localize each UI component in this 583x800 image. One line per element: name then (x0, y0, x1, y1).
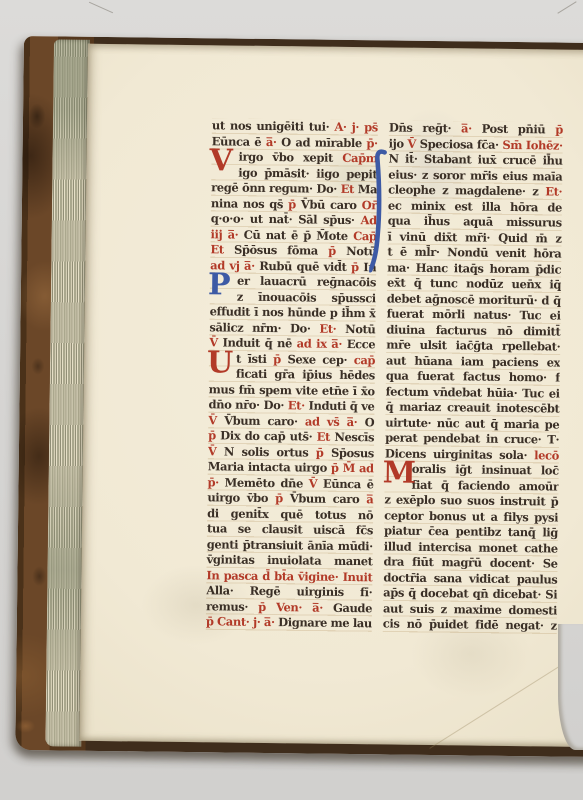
text-segment: effudit ī nos hūnde p ih̄m x̄ (210, 304, 376, 320)
page-corner-cutout (558, 624, 583, 750)
text-segment: Et· (288, 398, 309, 412)
text-segment: p̄ (208, 428, 220, 442)
text-segment: uirgo v̄bo (207, 490, 275, 505)
text-segment: cis nō p̄uidet fidē negat· z est (383, 616, 557, 634)
text-segment: V̄ (208, 413, 224, 427)
text-segment: A· j· ps̄ (334, 120, 378, 135)
text-segment: er lauacrū reḡnacōis (237, 274, 376, 290)
text-segment: uirtute· nūc aut q̄ maria pe (385, 415, 559, 431)
text-segment: z īnouacōis sp̄ussci quē (237, 289, 376, 306)
text-segment: a̅· (266, 134, 281, 148)
left-text-column: ut nos unigēiti tui· A· j· ps̄Eūnca ē a̅… (206, 118, 378, 633)
text-segment: Cū nat ē p̄ M̄ote (244, 227, 354, 242)
text-segment: fuerat mōrli natus· Tuc ei (387, 306, 561, 322)
text-segment: cap̄ (354, 353, 375, 367)
text-segment: qua ih̄us aquā missurus (388, 213, 562, 229)
text-segment: p̄ Cant· j· a̅· (206, 614, 279, 629)
text-segment: ex̄t q̄ tunc nodūz uen̄x iq̄ (387, 275, 561, 291)
backdrop-scratch (89, 2, 113, 13)
text-segment: N solis ortus (224, 444, 316, 459)
text-segment: Induti q̄ ve (308, 399, 374, 414)
text-segment: p̄ (328, 244, 346, 258)
text-segment: Et· (319, 321, 345, 335)
text-segment: sālicz nr̄m· Do· (209, 320, 319, 335)
text-segment: V̄bum caro (290, 491, 367, 506)
text-segment: O ad mīrable (281, 135, 366, 150)
text-segment: V̄ (407, 136, 419, 150)
text-segment: lecō (534, 448, 559, 462)
drop-cap-initial-M: M (382, 458, 410, 488)
text-segment: p̄ (555, 122, 563, 136)
text-segment: Dignare me lau (278, 615, 372, 630)
drop-cap-initial-V: V (209, 146, 237, 176)
text-segment: Rubū quē vid̄t (259, 258, 351, 273)
right-text-column: Dn̄s reḡt· a̅· Post pn̄iū p̄ Cantijo V̄ … (383, 120, 563, 635)
text-segment: ma· Hanc itaq̄s horam p̄dic (387, 260, 561, 276)
text-segment: Sexe cep· (287, 352, 353, 367)
text-segment: v̄ginitas inuiolata manet (207, 552, 373, 568)
text-segment: fiat q̄ faciendo amoūr (411, 477, 558, 493)
text-segment: V̄ (309, 476, 323, 490)
text-segment: iij a̅· (211, 227, 244, 241)
text-segment: nina nos qs̄ (211, 196, 288, 211)
text-segment: ī vinū dix̄t mr̄i· Quid m̄ z (387, 229, 561, 245)
drop-cap-initial-I (369, 148, 389, 280)
text-segment: Sp̄ōsus fōma (234, 243, 328, 258)
text-segment: cleophe z magdalene· z (388, 182, 545, 198)
text-segment: V̄ (208, 444, 224, 458)
text-segment: ad ix a̅· (297, 336, 347, 351)
text-segment: ec minix est illa hōra de (388, 198, 562, 214)
manuscript-book: ut nos unigēiti tui· A· j· ps̄Eūnca ē a̅… (15, 36, 583, 757)
text-segment: irgo v̄bo xepit (238, 150, 342, 165)
text-segment: debet aḡnoscē moriturū· d q̄ (387, 291, 561, 307)
text-segment: Post pn̄iū (482, 122, 556, 137)
text-segment: p̄· (207, 475, 224, 489)
text-segment: ut nos unigēiti tui· (212, 118, 335, 133)
text-segment: Speciosa fc̄a· (420, 136, 503, 151)
text-segment: p̄ (288, 197, 301, 211)
text-segment: Et (317, 430, 335, 444)
text-segment: doctr̄ia sana vidicat paulus (383, 570, 557, 586)
text-segment: ficati gr̄a ip̄ius hēdes si (236, 367, 375, 384)
text-segment: In pasca d̄ bt̄a v̄igine· Inuit (206, 568, 372, 584)
text-segment: remus· (206, 599, 258, 614)
text-line: p̄ Cant· j· a̅· Dignare me lau (206, 614, 372, 632)
text-segment: ijo (389, 136, 408, 150)
text-segment: a̅ (366, 492, 373, 506)
text-segment: ad vs̄ a̅· (305, 414, 365, 429)
text-segment: p̄ Ven· a̅· (258, 599, 333, 614)
text-segment: Et (210, 242, 234, 256)
text-segment: ceptor bonus ut a filys pysi (384, 508, 558, 524)
photo-background: { "palette": { "background_gray": "#d6d5… (0, 0, 583, 800)
text-segment: qua fuerat factus homo· f (386, 368, 560, 384)
text-segment: eius· z soror mr̄is eius maīa (388, 167, 562, 183)
text-segment: Dn̄s reḡt· (389, 120, 461, 135)
text-segment: diuina facturus nō dimitt̄ (386, 322, 560, 338)
text-segment: fectum vn̄debat hūia· Tuc ei (386, 384, 560, 400)
text-segment: p̄ (275, 491, 290, 505)
text-segment: Et (341, 182, 358, 196)
text-segment: igo p̄māsit· iigo pepit (238, 165, 377, 181)
text-segment: perat pendebat in cruce· T· (385, 430, 559, 446)
text-segment: a̅· (461, 121, 482, 135)
text-segment: illud intercisa monet cathe (384, 539, 558, 555)
text-segment: p̄ (273, 352, 287, 366)
text-segment: piatur c̄ea pentibz tanq̄ liḡ (384, 523, 558, 539)
text-segment: p̄ (351, 260, 363, 274)
text-segment: t ē ml̄r· Nondū venit hōra (387, 244, 561, 260)
text-segment: V̄bum caro· (224, 413, 305, 428)
text-segment: q̄ mariaz creauit inotescēbt (385, 399, 559, 415)
text-segment: t īsti (236, 351, 273, 365)
drop-cap-initial-P: P (208, 270, 236, 300)
text-segment: z exēplo suo suos instruit p̄ (384, 492, 558, 508)
text-segment: q·o·o· ut nat̄· Sāl sp̄us· (211, 211, 361, 227)
text-segment: Memēto dn̄e (224, 475, 308, 490)
text-segment: regē ōnn regum· Do· (211, 180, 341, 196)
text-segment: mus fm̄ spem vite etn̄e ī x̄o (209, 382, 375, 398)
text-segment: aut hūana iam paciens ex (386, 353, 560, 369)
text-segment: dn̄o nr̄o· Do· (208, 397, 287, 412)
drop-cap-initial-U: U (207, 348, 235, 378)
text-segment: Eūnca ē (323, 476, 374, 491)
text-segment: aut suis z maxime domesti (383, 601, 557, 617)
text-line: cis nō p̄uidet fidē negat· z est (383, 616, 557, 634)
text-segment: Dix do cap̄ uts̄· (220, 428, 317, 443)
backdrop-scratch (557, 1, 576, 14)
text-segment: oralis iḡt insinuat loc̄ (412, 462, 559, 478)
text-segment: p̄ (316, 445, 331, 459)
text-segment: V̄bū caro (301, 197, 362, 212)
text-segment: Maria intacta uirgo (208, 459, 331, 475)
